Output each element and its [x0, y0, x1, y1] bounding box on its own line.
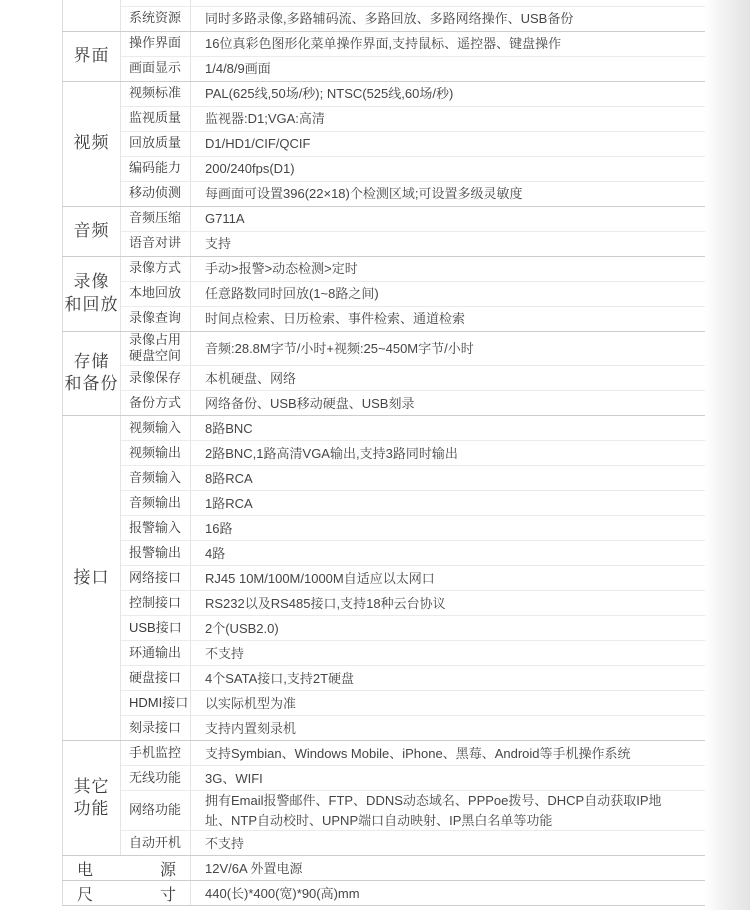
- category-label: 电源: [63, 857, 190, 880]
- spec-value: 音频:28.8M字节/小时+视频:25~450M字节/小时: [191, 331, 706, 366]
- spec-value: 16路: [191, 516, 706, 541]
- spec-label: 本地回放: [121, 281, 191, 306]
- spec-label: 操作界面: [121, 31, 191, 56]
- category-cell: 其它 功能: [63, 741, 121, 856]
- spec-row: 编码能力200/240fps(D1): [63, 156, 706, 181]
- category-cell: 音频: [63, 206, 121, 256]
- spec-value: 不支持: [191, 831, 706, 856]
- spec-row: 录像保存本机硬盘、网络: [63, 366, 706, 391]
- spec-label: 移动侦测: [121, 181, 191, 206]
- spec-row: 网络功能拥有Email报警邮件、FTP、DDNS动态域名、PPPoe拨号、DHC…: [63, 791, 706, 831]
- spec-row: 本地回放任意路数同时回放(1~8路之间): [63, 281, 706, 306]
- spec-label: 视频输出: [121, 441, 191, 466]
- spec-row: 存储 和备份录像占用 硬盘空间音频:28.8M字节/小时+视频:25~450M字…: [63, 331, 706, 366]
- spec-label: 画面显示: [121, 56, 191, 81]
- spec-value: 任意路数同时回放(1~8路之间): [191, 281, 706, 306]
- spec-value: 以实际机型为准: [191, 691, 706, 716]
- spec-row: 报警输出4路: [63, 541, 706, 566]
- spec-row: 视频视频标准PAL(625线,50场/秒); NTSC(525线,60场/秒): [63, 81, 706, 106]
- spec-value: 本机硬盘、网络: [191, 366, 706, 391]
- spec-label: 控制接口: [121, 591, 191, 616]
- spec-label: 录像查询: [121, 306, 191, 331]
- spec-row: 接口视频输入8路BNC: [63, 416, 706, 441]
- spec-label: 编码能力: [121, 156, 191, 181]
- category-cell: [63, 0, 121, 31]
- spec-label: 环通输出: [121, 641, 191, 666]
- spec-label: 监视质量: [121, 106, 191, 131]
- spec-label: 视频标准: [121, 81, 191, 106]
- spec-label: 录像占用 硬盘空间: [121, 331, 191, 366]
- spec-label: USB接口: [121, 616, 191, 641]
- spec-value: 手动>报警>动态检测>定时: [191, 256, 706, 281]
- spec-value: 3G、WIFI: [191, 766, 706, 791]
- spec-label: 回放质量: [121, 131, 191, 156]
- spec-row: 自动开机不支持: [63, 831, 706, 856]
- spec-row: 备份方式网络备份、USB移动硬盘、USB刻录: [63, 391, 706, 416]
- spec-value: 2路BNC,1路高清VGA输出,支持3路同时输出: [191, 441, 706, 466]
- spec-value: 1/4/8/9画面: [191, 56, 706, 81]
- spec-label: 音频压缩: [121, 206, 191, 231]
- spec-label: 网络接口: [121, 566, 191, 591]
- spec-value: 每画面可设置396(22×18)个检测区域;可设置多级灵敏度: [191, 181, 706, 206]
- spec-row: 录像 和回放录像方式手动>报警>动态检测>定时: [63, 256, 706, 281]
- spec-label: 语音对讲: [121, 231, 191, 256]
- spec-label: 硬盘接口: [121, 666, 191, 691]
- spec-label: 报警输出: [121, 541, 191, 566]
- spec-value: PAL(625线,50场/秒); NTSC(525线,60场/秒): [191, 81, 706, 106]
- spec-value: G711A: [191, 206, 706, 231]
- spec-row: 监视质量监视器:D1;VGA:高清: [63, 106, 706, 131]
- spec-value: RS232以及RS485接口,支持18种云台协议: [191, 591, 706, 616]
- spec-row: 音频输出1路RCA: [63, 491, 706, 516]
- spec-value: 16位真彩色图形化菜单操作界面,支持鼠标、遥控器、键盘操作: [191, 31, 706, 56]
- spec-value: 4路: [191, 541, 706, 566]
- spec-label: 自动开机: [121, 831, 191, 856]
- spec-value: 监视器:D1;VGA:高清: [191, 106, 706, 131]
- spec-row: 移动侦测每画面可设置396(22×18)个检测区域;可设置多级灵敏度: [63, 181, 706, 206]
- spec-value: 支持: [191, 231, 706, 256]
- spec-value: 200/240fps(D1): [191, 156, 706, 181]
- spec-row: 环通输出不支持: [63, 641, 706, 666]
- spec-label: 刻录接口: [121, 716, 191, 741]
- spec-row: 回放质量D1/HD1/CIF/QCIF: [63, 131, 706, 156]
- spec-label: 报警输入: [121, 516, 191, 541]
- spec-value: 440(长)*400(宽)*90(高)mm: [191, 881, 706, 906]
- spec-row: 硬盘接口4个SATA接口,支持2T硬盘: [63, 666, 706, 691]
- spec-row: 画面显示1/4/8/9画面: [63, 56, 706, 81]
- spec-value: 8路BNC: [191, 416, 706, 441]
- spec-value: 时间点检索、日历检索、事件检索、通道检索: [191, 306, 706, 331]
- spec-row: 电源12V/6A 外置电源: [63, 856, 706, 881]
- spec-label: 视频输入: [121, 416, 191, 441]
- spec-value: 2个(USB2.0): [191, 616, 706, 641]
- spec-label: 录像保存: [121, 366, 191, 391]
- spec-row: HDMI接口以实际机型为准: [63, 691, 706, 716]
- spec-value: RJ45 10M/100M/1000M自适应以太网口: [191, 566, 706, 591]
- spec-value: 支持Symbian、Windows Mobile、iPhone、黑莓、Andro…: [191, 741, 706, 766]
- category-label: 尺寸: [63, 882, 190, 905]
- category-cell: 接口: [63, 416, 121, 741]
- spec-row: 音频音频压缩G711A: [63, 206, 706, 231]
- spec-row: 视频输出2路BNC,1路高清VGA输出,支持3路同时输出: [63, 441, 706, 466]
- spec-label: 网络功能: [121, 791, 191, 831]
- spec-value: 4个SATA接口,支持2T硬盘: [191, 666, 706, 691]
- spec-row: 录像查询时间点检索、日历检索、事件检索、通道检索: [63, 306, 706, 331]
- spec-row: 尺寸440(长)*400(宽)*90(高)mm: [63, 881, 706, 906]
- spec-row: 界面操作界面16位真彩色图形化菜单操作界面,支持鼠标、遥控器、键盘操作: [63, 31, 706, 56]
- spec-row: 其它 功能手机监控支持Symbian、Windows Mobile、iPhone…: [63, 741, 706, 766]
- spec-label: 无线功能: [121, 766, 191, 791]
- spec-value: 拥有Email报警邮件、FTP、DDNS动态域名、PPPoe拨号、DHCP自动获…: [191, 791, 706, 831]
- spec-label: HDMI接口: [121, 691, 191, 716]
- spec-table: 系统资源同时多路录像,多路辅码流、多路回放、多路网络操作、USB备份界面操作界面…: [62, 0, 706, 906]
- spec-value: 网络备份、USB移动硬盘、USB刻录: [191, 391, 706, 416]
- spec-row: 语音对讲支持: [63, 231, 706, 256]
- spec-row: 音频输入8路RCA: [63, 466, 706, 491]
- spec-row: 网络接口RJ45 10M/100M/1000M自适应以太网口: [63, 566, 706, 591]
- category-cell: 电源: [63, 856, 191, 881]
- spec-table-body: 系统资源同时多路录像,多路辅码流、多路回放、多路网络操作、USB备份界面操作界面…: [63, 0, 706, 906]
- spec-row: 报警输入16路: [63, 516, 706, 541]
- spec-row: 无线功能3G、WIFI: [63, 766, 706, 791]
- spec-value: 8路RCA: [191, 466, 706, 491]
- category-cell: 录像 和回放: [63, 256, 121, 331]
- spec-value: 12V/6A 外置电源: [191, 856, 706, 881]
- spec-label: 音频输入: [121, 466, 191, 491]
- category-cell: 界面: [63, 31, 121, 81]
- spec-value: 同时多路录像,多路辅码流、多路回放、多路网络操作、USB备份: [191, 6, 706, 31]
- spec-label: 录像方式: [121, 256, 191, 281]
- spec-row: 控制接口RS232以及RS485接口,支持18种云台协议: [63, 591, 706, 616]
- category-cell: 尺寸: [63, 881, 191, 906]
- spec-row: USB接口2个(USB2.0): [63, 616, 706, 641]
- page-edge-shadow: [705, 0, 750, 910]
- spec-row: 刻录接口支持内置刻录机: [63, 716, 706, 741]
- spec-label: 备份方式: [121, 391, 191, 416]
- spec-row: 系统资源同时多路录像,多路辅码流、多路回放、多路网络操作、USB备份: [63, 6, 706, 31]
- spec-label: 系统资源: [121, 6, 191, 31]
- spec-label: 手机监控: [121, 741, 191, 766]
- category-cell: 视频: [63, 81, 121, 206]
- spec-value: 1路RCA: [191, 491, 706, 516]
- spec-value: 支持内置刻录机: [191, 716, 706, 741]
- spec-value: 不支持: [191, 641, 706, 666]
- spec-page: 系统资源同时多路录像,多路辅码流、多路回放、多路网络操作、USB备份界面操作界面…: [0, 0, 750, 910]
- category-cell: 存储 和备份: [63, 331, 121, 416]
- spec-label: 音频输出: [121, 491, 191, 516]
- spec-value: D1/HD1/CIF/QCIF: [191, 131, 706, 156]
